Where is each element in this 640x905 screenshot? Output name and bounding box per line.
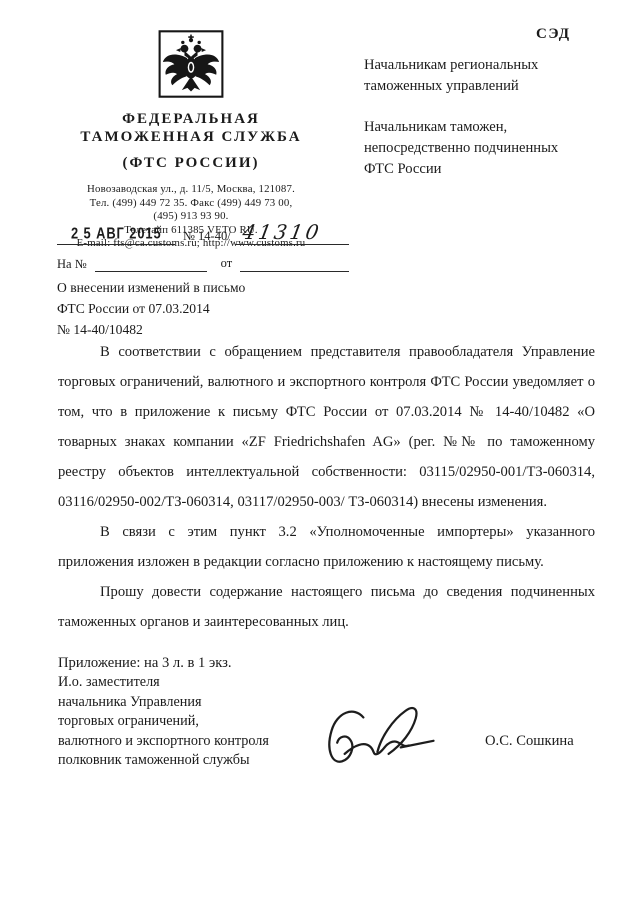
- phone-line1: Тел. (499) 449 72 35. Факс (499) 449 73 …: [38, 197, 344, 211]
- signer-name: О.С. Сошкина: [485, 733, 574, 750]
- body-paragraph: В соответствии с обращением представител…: [58, 337, 595, 517]
- org-short-name: (ФТС РОССИИ): [38, 155, 344, 172]
- reference-block: 2 5 АВГ 2015 № 14-40/ 41310 На № от: [57, 219, 349, 272]
- incoming-from-label: от: [221, 256, 233, 272]
- addressee-line: таможенных управлений: [364, 76, 604, 97]
- date-stamp: 2 5 АВГ 2015: [71, 224, 162, 242]
- incoming-number-row: На № от: [57, 256, 349, 272]
- addressee-line: Начальникам таможен,: [364, 117, 604, 138]
- subject-block: О внесении изменений в письмо ФТС России…: [57, 277, 245, 340]
- handwritten-number: 41310: [240, 220, 323, 244]
- subject-line: ФТС России от 07.03.2014: [57, 298, 245, 319]
- addressee-line: непосредственно подчиненных: [364, 138, 604, 159]
- date-field: 2 5 АВГ 2015: [57, 226, 175, 245]
- addressee-line: ФТС России: [364, 159, 604, 180]
- addressee-line: Начальникам региональных: [364, 55, 604, 76]
- addressees: Начальникам региональных таможенных упра…: [364, 55, 604, 180]
- letter-body: В соответствии с обращением представител…: [58, 337, 595, 678]
- body-paragraph: В связи с этим пункт 3.2 «Уполномоченные…: [58, 517, 595, 577]
- letter-page: СЭД: [0, 0, 640, 905]
- incoming-date-blank: [240, 256, 349, 272]
- address-line: Новозаводская ул., д. 11/5, Москва, 1210…: [38, 183, 344, 197]
- org-name-line2: ТАМОЖЕННАЯ СЛУЖБА: [38, 128, 344, 146]
- coat-of-arms-eagle-icon: [158, 30, 224, 103]
- outgoing-number-row: 2 5 АВГ 2015 № 14-40/ 41310: [57, 219, 349, 245]
- addressee-block-2: Начальникам таможен, непосредственно под…: [364, 117, 604, 180]
- subject-line: О внесении изменений в письмо: [57, 277, 245, 298]
- signer-position-line: И.о. заместителя: [58, 673, 595, 693]
- emblem-wrap: [38, 30, 344, 103]
- addressee-block-1: Начальникам региональных таможенных упра…: [364, 55, 604, 97]
- incoming-label: На №: [57, 257, 87, 272]
- org-name-line1: ФЕДЕРАЛЬНАЯ: [38, 110, 344, 128]
- number-prefix: № 14-40/: [183, 229, 231, 245]
- signature-block: И.о. заместителя начальника Управления т…: [58, 673, 595, 803]
- sed-corner-label: СЭД: [536, 26, 571, 43]
- incoming-number-blank: [95, 256, 207, 272]
- handwritten-signature-icon: [322, 695, 444, 786]
- number-field: 41310: [235, 219, 349, 245]
- body-paragraph: Прошу довести содержание настоящего пись…: [58, 577, 595, 637]
- letterhead: ФЕДЕРАЛЬНАЯ ТАМОЖЕННАЯ СЛУЖБА (ФТС РОССИ…: [38, 30, 344, 251]
